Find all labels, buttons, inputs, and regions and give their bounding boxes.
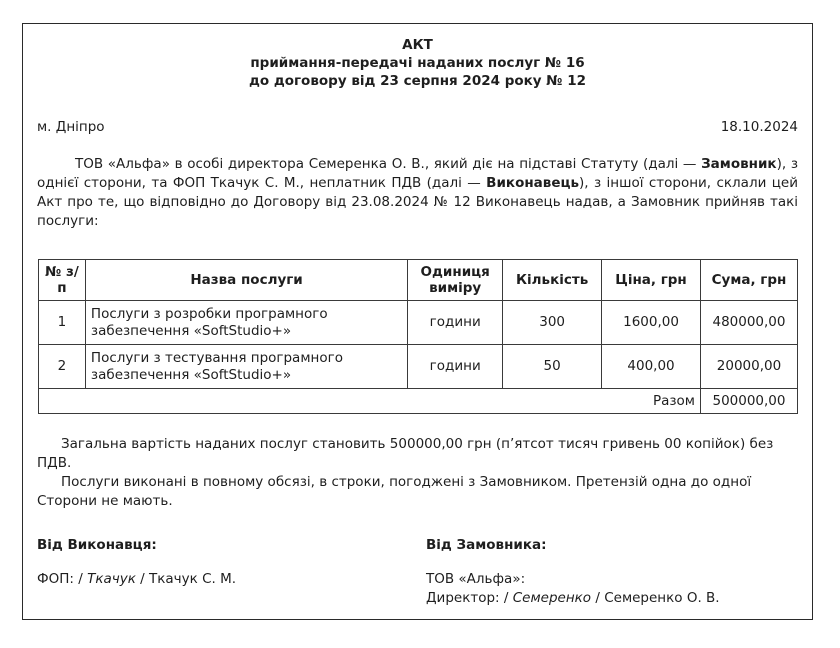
customer-signature-block: Від Замовника: ТОВ «Альфа»: Директор: / …: [426, 536, 720, 608]
contractor-signature: Ткачук: [87, 571, 136, 587]
services-table: № з/п Назва послуги Одиниця виміру Кільк…: [38, 259, 798, 414]
header-num: № з/п: [39, 260, 86, 301]
cell-name: Послуги з тестування програмного забезпе…: [85, 345, 407, 389]
header-price: Ціна, грн: [602, 260, 701, 301]
title-line-3: до договору від 23 серпня 2024 року № 12: [23, 72, 812, 90]
cell-name: Послуги з розробки програмного забезпече…: [85, 301, 407, 345]
customer-name: / Семеренко О. В.: [591, 590, 720, 606]
customer-org: ТОВ «Альфа»:: [426, 570, 720, 589]
header-qty: Кількість: [503, 260, 602, 301]
contractor-term: Виконавець: [486, 175, 579, 191]
intro-text-1: ТОВ «Альфа» в особі директора Семеренка …: [75, 156, 701, 172]
intro-paragraph: ТОВ «Альфа» в особі директора Семеренка …: [37, 155, 798, 231]
place: м. Дніпро: [37, 119, 105, 135]
table-row: 1 Послуги з розробки програмного забезпе…: [39, 301, 798, 345]
summary-claims-paragraph: Послуги виконані в повному обсязі, в стр…: [37, 473, 798, 511]
cell-qty: 50: [503, 345, 602, 389]
cell-price: 1600,00: [602, 301, 701, 345]
contractor-heading: Від Виконавця:: [37, 536, 236, 555]
total-label: Разом: [39, 389, 701, 414]
contractor-signature-block: Від Виконавця: ФОП: / Ткачук / Ткачук С.…: [37, 536, 236, 589]
date: 18.10.2024: [721, 119, 798, 135]
title-line-1: АКТ: [23, 36, 812, 54]
title-line-2: приймання-передачі наданих послуг № 16: [23, 54, 812, 72]
customer-prefix: Директор: /: [426, 590, 513, 606]
cell-sum: 20000,00: [700, 345, 797, 389]
summary-total-paragraph: Загальна вартість наданих послуг станови…: [37, 435, 798, 473]
total-row: Разом 500000,00: [39, 389, 798, 414]
customer-signature: Семеренко: [513, 590, 591, 606]
contractor-signature-line: ФОП: / Ткачук / Ткачук С. М.: [37, 570, 236, 589]
contractor-name: / Ткачук С. М.: [136, 571, 236, 587]
customer-term: Замовник: [701, 156, 777, 172]
customer-heading: Від Замовника:: [426, 536, 720, 555]
header-sum: Сума, грн: [700, 260, 797, 301]
cell-unit: години: [408, 301, 503, 345]
customer-signature-line: Директор: / Семеренко / Семеренко О. В.: [426, 589, 720, 608]
table-row: 2 Послуги з тестування програмного забез…: [39, 345, 798, 389]
cell-num: 2: [39, 345, 86, 389]
header-name: Назва послуги: [85, 260, 407, 301]
contractor-prefix: ФОП: /: [37, 571, 87, 587]
cell-unit: години: [408, 345, 503, 389]
header-unit: Одиниця виміру: [408, 260, 503, 301]
document-title: АКТ приймання-передачі наданих послуг № …: [23, 36, 812, 90]
total-value: 500000,00: [700, 389, 797, 414]
cell-qty: 300: [503, 301, 602, 345]
act-document: АКТ приймання-передачі наданих послуг № …: [22, 23, 813, 620]
cell-sum: 480000,00: [700, 301, 797, 345]
table-header-row: № з/п Назва послуги Одиниця виміру Кільк…: [39, 260, 798, 301]
summary: Загальна вартість наданих послуг станови…: [37, 435, 798, 511]
cell-num: 1: [39, 301, 86, 345]
cell-price: 400,00: [602, 345, 701, 389]
